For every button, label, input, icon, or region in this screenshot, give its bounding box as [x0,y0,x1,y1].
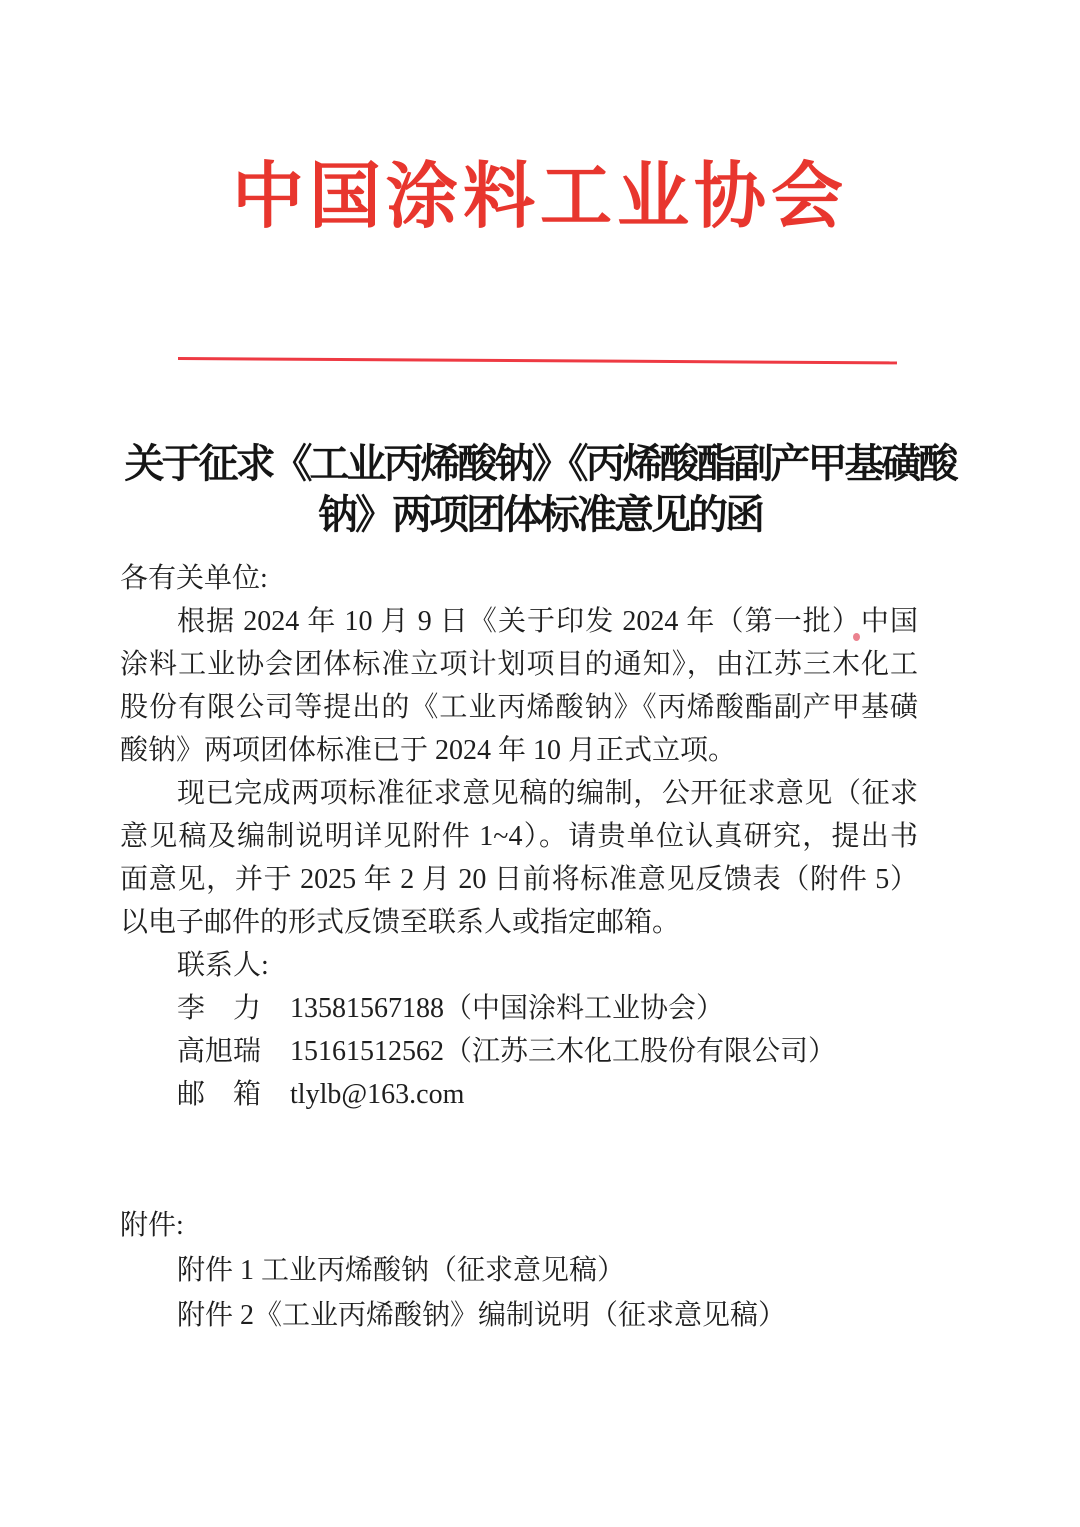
contact-value: 15161512562（江苏三木化工股份有限公司） [290,1036,836,1067]
paragraph1-line: 涂料工业协会团体标准立项计划项目的通知》，由江苏三木化工 [120,643,918,686]
attachment-item: 附件 2《工业丙烯酸钠》编制说明（征求意见稿） [120,1293,918,1338]
paragraph2-line: 面意见，并于 2025 年 2 月 20 日前将标准意见反馈表（附件 5） [120,858,918,901]
document-title: 关于征求《工业丙烯酸钠》《丙烯酸酯副产甲基磺酸 钠》两项团体标准意见的函 [0,438,1080,540]
contact-name: 李 力 [177,987,261,1030]
paragraph1-line: 酸钠》两项团体标准已于 2024 年 10 月正式立项。 [120,729,918,772]
contact-name: 高旭瑞 [177,1030,261,1073]
letterhead-divider-line [178,357,897,364]
attachment-item: 附件 1 工业丙烯酸钠（征求意见稿） [120,1248,918,1293]
document-title-line2: 钠》两项团体标准意见的函 [0,489,1080,540]
attachments-section: 附件: 附件 1 工业丙烯酸钠（征求意见稿） 附件 2《工业丙烯酸钠》编制说明（… [120,1203,918,1338]
paragraph2-line: 意见稿及编制说明详见附件 1~4）。请贵单位认真研究，提出书 [120,815,918,858]
contact-email-value: tlylb@163.com [290,1079,464,1110]
paragraph2-line: 以电子邮件的形式反馈至联系人或指定邮箱。 [120,901,918,944]
scan-artifact-speck [853,633,860,641]
contact-row: 邮 箱tlylb@163.com [120,1073,918,1116]
contact-name: 邮 箱 [177,1073,261,1116]
letterhead-org-name: 中国涂料工业协会 [0,152,1080,242]
scanned-letter-page: 中国涂料工业协会 关于征求《工业丙烯酸钠》《丙烯酸酯副产甲基磺酸 钠》两项团体标… [0,0,1080,1527]
paragraph1-line: 根据 2024 年 10 月 9 日《关于印发 2024 年（第一批）中国 [120,600,918,643]
contact-row: 李 力13581567188（中国涂料工业协会） [120,987,918,1030]
attachments-heading: 附件: [120,1203,918,1248]
contact-value: 13581567188（中国涂料工业协会） [290,993,724,1024]
paragraph1-line: 股份有限公司等提出的《工业丙烯酸钠》《丙烯酸酯副产甲基磺 [120,686,918,729]
contact-row: 高旭瑞15161512562（江苏三木化工股份有限公司） [120,1030,918,1073]
document-title-line1: 关于征求《工业丙烯酸钠》《丙烯酸酯副产甲基磺酸 [0,438,1080,489]
paragraph2-line: 现已完成两项标准征求意见稿的编制，公开征求意见（征求 [120,772,918,815]
contact-heading: 联系人: [120,944,918,987]
salutation: 各有关单位: [120,557,918,600]
letter-body: 各有关单位: 根据 2024 年 10 月 9 日《关于印发 2024 年（第一… [120,557,918,1116]
